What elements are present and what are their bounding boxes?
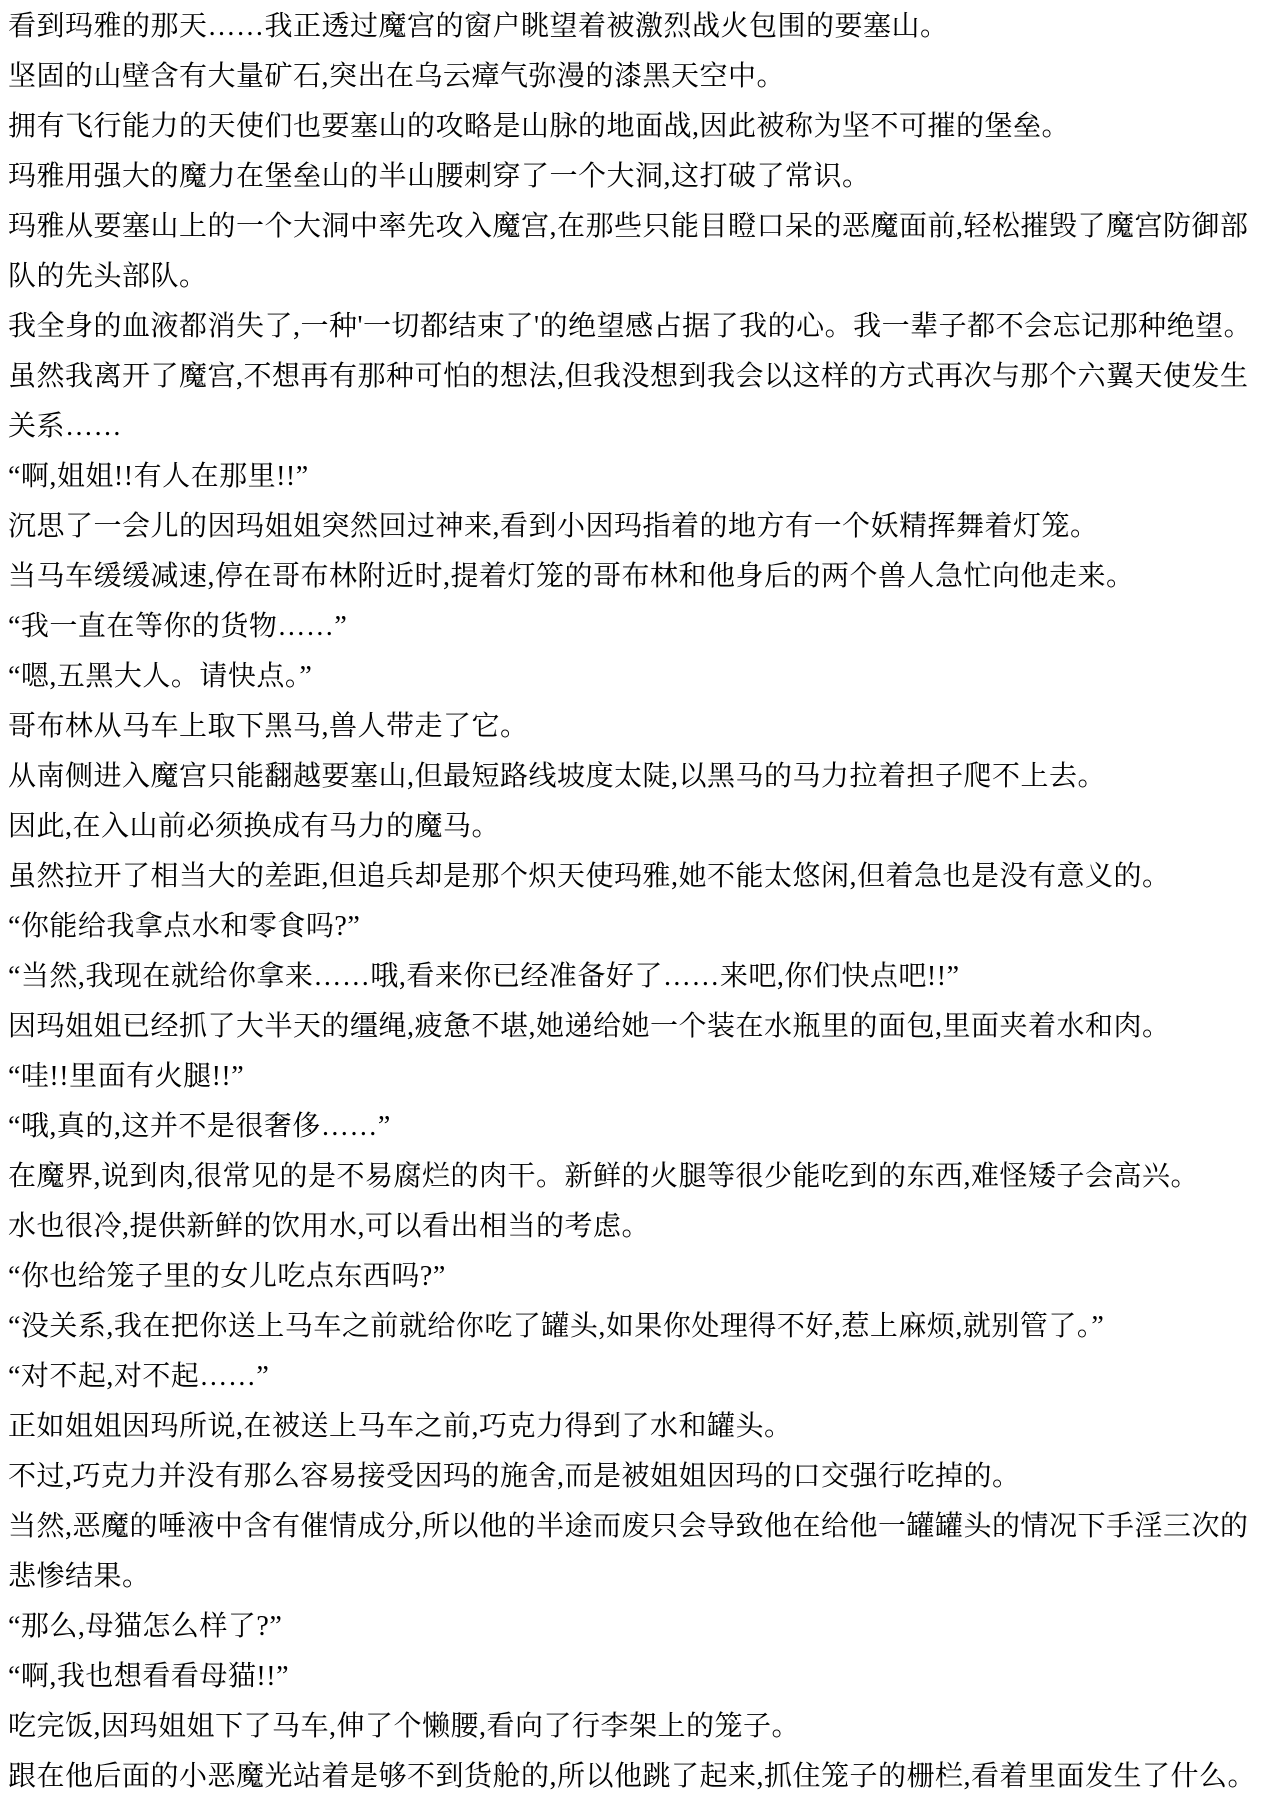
document-page: 看到玛雅的那天……我正透过魔宫的窗户眺望着被激烈战火包围的要塞山。 坚固的山壁含… xyxy=(0,0,1280,1810)
dialogue-paragraph: “你也给笼子里的女儿吃点东西吗?” xyxy=(8,1252,1272,1302)
paragraph: 我全身的血液都消失了,一种'一切都结束了'的绝望感占据了我的心。我一辈子都不会忘… xyxy=(8,302,1272,352)
paragraph: 坚固的山壁含有大量矿石,突出在乌云瘴气弥漫的漆黑天空中。 xyxy=(8,52,1272,102)
paragraph: 吃完饭,因玛姐姐下了马车,伸了个懒腰,看向了行李架上的笼子。 xyxy=(8,1702,1272,1752)
paragraph: 哥布林从马车上取下黑马,兽人带走了它。 xyxy=(8,702,1272,752)
paragraph: 跟在他后面的小恶魔光站着是够不到货舱的,所以他跳了起来,抓住笼子的栅栏,看着里面… xyxy=(8,1752,1272,1802)
paragraph: 当马车缓缓减速,停在哥布林附近时,提着灯笼的哥布林和他身后的两个兽人急忙向他走来… xyxy=(8,552,1272,602)
paragraph: 虽然我离开了魔宫,不想再有那种可怕的想法,但我没想到我会以这样的方式再次与那个六… xyxy=(8,352,1272,452)
dialogue-paragraph: “你能给我拿点水和零食吗?” xyxy=(8,902,1272,952)
paragraph: 水也很冷,提供新鲜的饮用水,可以看出相当的考虑。 xyxy=(8,1202,1272,1252)
dialogue-paragraph: “哇!!里面有火腿!!” xyxy=(8,1052,1272,1102)
dialogue-paragraph: “对不起,对不起……” xyxy=(8,1352,1272,1402)
dialogue-paragraph: “没关系,我在把你送上马车之前就给你吃了罐头,如果你处理得不好,惹上麻烦,就别管… xyxy=(8,1302,1272,1352)
story-text: 看到玛雅的那天……我正透过魔宫的窗户眺望着被激烈战火包围的要塞山。 坚固的山壁含… xyxy=(8,2,1272,1802)
dialogue-paragraph: “那么,母猫怎么样了?” xyxy=(8,1602,1272,1652)
paragraph: 玛雅从要塞山上的一个大洞中率先攻入魔宫,在那些只能目瞪口呆的恶魔面前,轻松摧毁了… xyxy=(8,202,1272,302)
paragraph: 因玛姐姐已经抓了大半天的缰绳,疲惫不堪,她递给她一个装在水瓶里的面包,里面夹着水… xyxy=(8,1002,1272,1052)
paragraph: 在魔界,说到肉,很常见的是不易腐烂的肉干。新鲜的火腿等很少能吃到的东西,难怪矮子… xyxy=(8,1152,1272,1202)
paragraph: 拥有飞行能力的天使们也要塞山的攻略是山脉的地面战,因此被称为坚不可摧的堡垒。 xyxy=(8,102,1272,152)
paragraph: 虽然拉开了相当大的差距,但追兵却是那个炽天使玛雅,她不能太悠闲,但着急也是没有意… xyxy=(8,852,1272,902)
paragraph: 沉思了一会儿的因玛姐姐突然回过神来,看到小因玛指着的地方有一个妖精挥舞着灯笼。 xyxy=(8,502,1272,552)
dialogue-paragraph: “啊,姐姐!!有人在那里!!” xyxy=(8,452,1272,502)
paragraph: 从南侧进入魔宫只能翻越要塞山,但最短路线坡度太陡,以黑马的马力拉着担子爬不上去。 xyxy=(8,752,1272,802)
dialogue-paragraph: “哦,真的,这并不是很奢侈……” xyxy=(8,1102,1272,1152)
dialogue-paragraph: “当然,我现在就给你拿来……哦,看来你已经准备好了……来吧,你们快点吧!!” xyxy=(8,952,1272,1002)
dialogue-paragraph: “嗯,五黑大人。请快点。” xyxy=(8,652,1272,702)
paragraph: 正如姐姐因玛所说,在被送上马车之前,巧克力得到了水和罐头。 xyxy=(8,1402,1272,1452)
paragraph: 玛雅用强大的魔力在堡垒山的半山腰刺穿了一个大洞,这打破了常识。 xyxy=(8,152,1272,202)
dialogue-paragraph: “啊,我也想看看母猫!!” xyxy=(8,1652,1272,1702)
paragraph: 不过,巧克力并没有那么容易接受因玛的施舍,而是被姐姐因玛的口交强行吃掉的。 xyxy=(8,1452,1272,1502)
paragraph: 因此,在入山前必须换成有马力的魔马。 xyxy=(8,802,1272,852)
dialogue-paragraph: “我一直在等你的货物……” xyxy=(8,602,1272,652)
paragraph: 看到玛雅的那天……我正透过魔宫的窗户眺望着被激烈战火包围的要塞山。 xyxy=(8,2,1272,52)
paragraph: 当然,恶魔的唾液中含有催情成分,所以他的半途而废只会导致他在给他一罐罐头的情况下… xyxy=(8,1502,1272,1602)
